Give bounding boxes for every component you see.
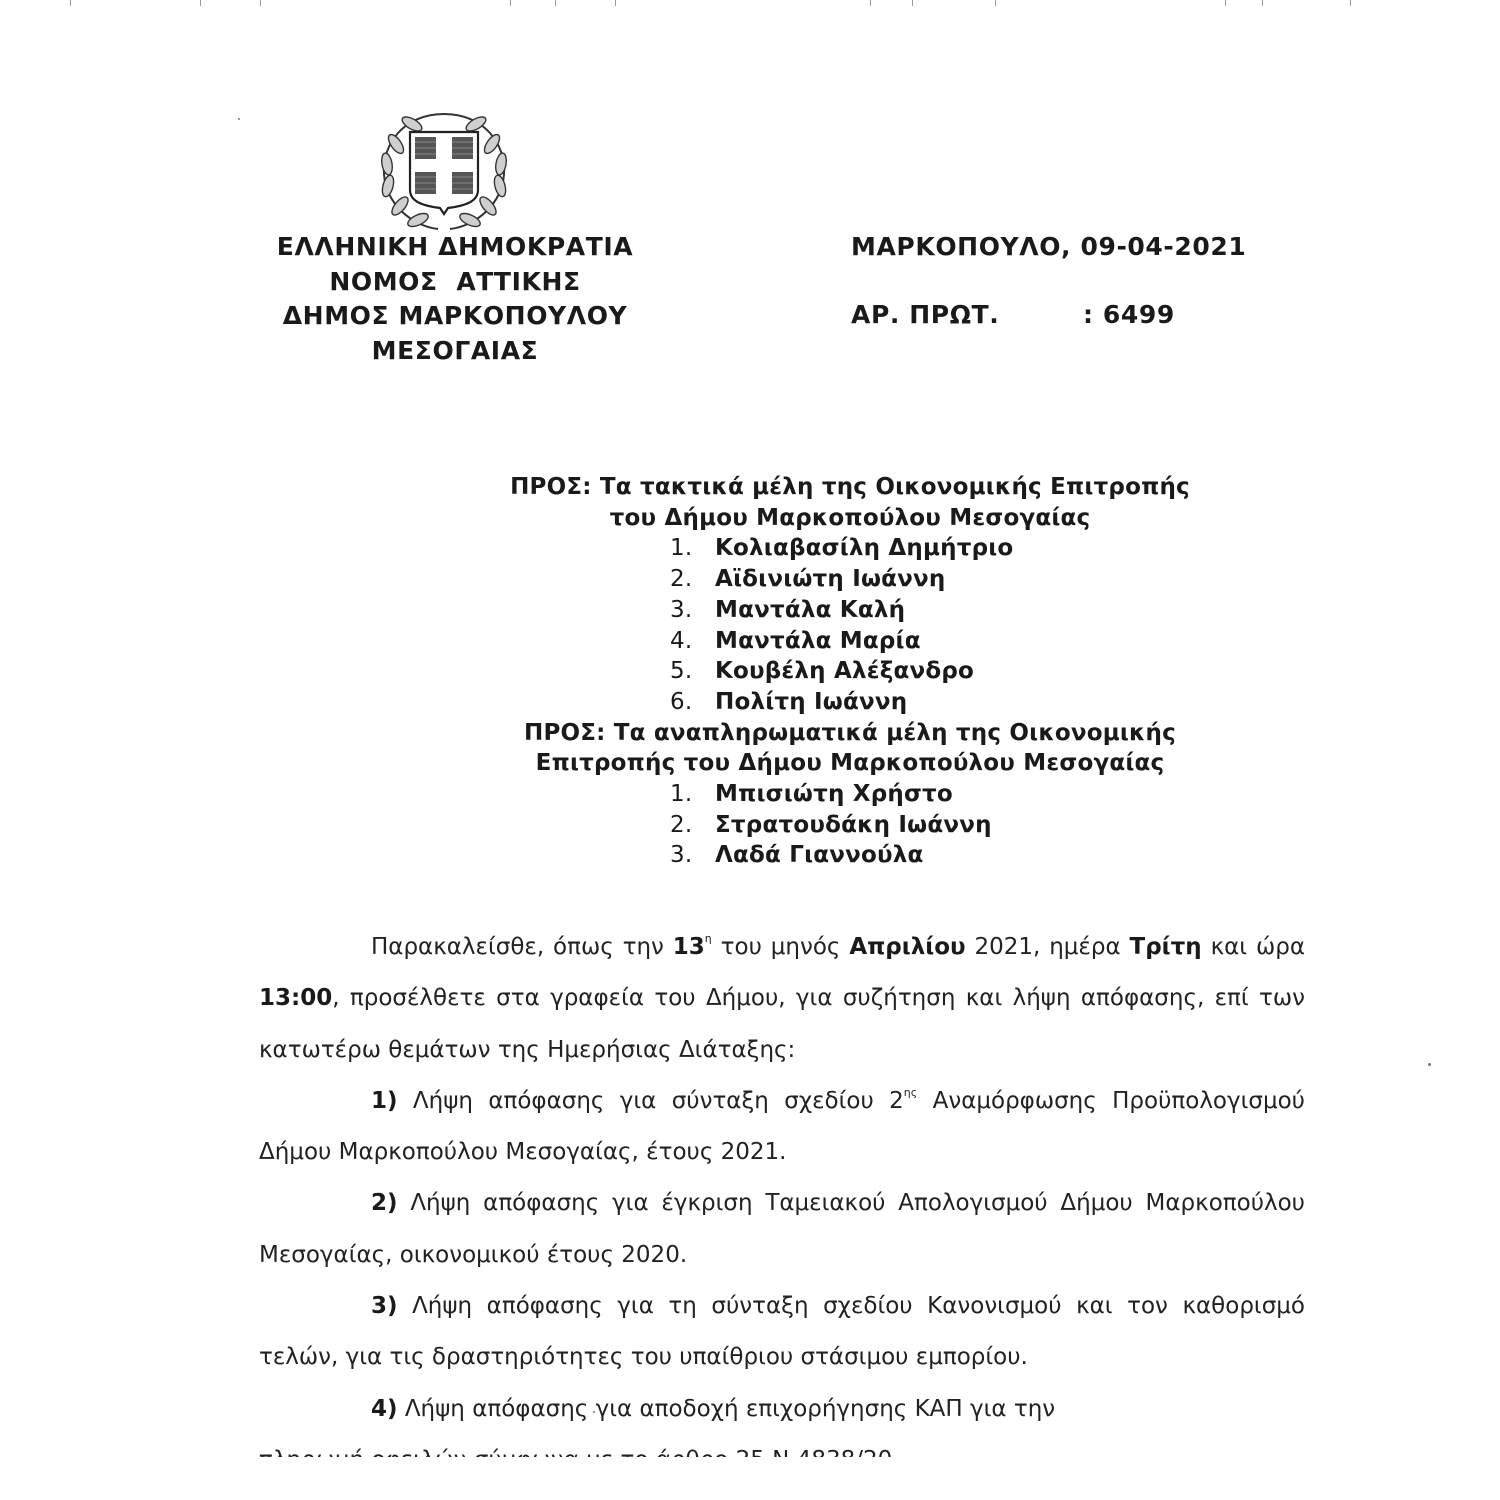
regular-members-list: 1.Κολιαβασίλη Δημήτριο 2.Αϊδινιώτη Ιωάνν… [470, 533, 1230, 717]
place-date: ΜΑΡΚΟΠΟΥΛΟ, 09-04-2021 [851, 230, 1246, 264]
list-item: 4.Μαντάλα Μαρία [470, 626, 1230, 657]
issuer-block: ΕΛΛΗΝΙΚΗ ΔΗΜΟΚΡΑΤΙΑ ΝΟΜΟΣ ΑΤΤΙΚΗΣ ΔΗΜΟΣ … [250, 230, 660, 368]
scan-speck [1428, 1063, 1431, 1066]
agenda-item-3: 3) Λήψη απόφασης για τη σύνταξη σχεδίου … [259, 1281, 1305, 1384]
recipients-block: ΠΡΟΣ: Τα τακτικά μέλη της Οικονομικής Επ… [470, 472, 1230, 871]
scan-speck [593, 1411, 595, 1413]
list-item: 6.Πολίτη Ιωάννη [470, 687, 1230, 718]
substitute-members-heading: ΠΡΟΣ: Τα αναπληρωματικά μέλη της Οικονομ… [470, 718, 1230, 749]
member-name: Λαδά Γιαννούλα [715, 842, 923, 868]
document-page: ΕΛΛΗΝΙΚΗ ΔΗΜΟΚΡΑΤΙΑ ΝΟΜΟΣ ΑΤΤΙΚΗΣ ΔΗΜΟΣ … [0, 0, 1500, 1500]
issuer-country: ΕΛΛΗΝΙΚΗ ΔΗΜΟΚΡΑΤΙΑ [250, 230, 660, 265]
substitute-members-heading-cont: Επιτροπής του Δήμου Μαρκοπούλου Μεσογαία… [470, 748, 1230, 779]
member-name: Μαντάλα Μαρία [715, 628, 921, 654]
regular-members-heading-cont: του Δήμου Μαρκοπούλου Μεσογαίας [470, 503, 1230, 534]
meeting-month: Απριλίου [849, 934, 965, 960]
meeting-weekday: Τρίτη [1130, 934, 1202, 960]
agenda-item-4: 4) Λήψη απόφασης για αποδοχή επιχορήγηση… [259, 1384, 1305, 1435]
scan-edge-marks [0, 0, 1500, 8]
invitation-body: Παρακαλείσθε, όπως την 13η του μηνός Απρ… [259, 922, 1305, 1457]
issuer-municipality: ΔΗΜΟΣ ΜΑΡΚΟΠΟΥΛΟΥ [250, 299, 660, 334]
issuer-region: ΜΕΣΟΓΑΙΑΣ [250, 334, 660, 369]
member-name: Κολιαβασίλη Δημήτριο [715, 535, 1013, 561]
agenda-item-1: 1) Λήψη απόφασης για σύνταξη σχεδίου 2ης… [259, 1076, 1305, 1179]
member-name: Μπισιώτη Χρήστο [715, 781, 953, 807]
member-name: Αϊδινιώτη Ιωάννη [715, 566, 945, 592]
protocol-label: ΑΡ. ΠΡΩΤ. [851, 298, 1083, 332]
member-name: Στρατουδάκη Ιωάννη [715, 812, 992, 838]
invitation-paragraph: Παρακαλείσθε, όπως την 13η του μηνός Απρ… [259, 922, 1305, 1076]
member-name: Μαντάλα Καλή [715, 597, 905, 623]
agenda-item-2: 2) Λήψη απόφασης για έγκριση Ταμειακού Α… [259, 1178, 1305, 1281]
member-name: Κουβέλη Αλέξανδρο [715, 658, 974, 684]
regular-members-heading: ΠΡΟΣ: Τα τακτικά μέλη της Οικονομικής Επ… [470, 472, 1230, 503]
meeting-day: 13 [673, 934, 705, 960]
greek-coat-of-arms-icon [374, 108, 514, 234]
issuer-prefecture: ΝΟΜΟΣ ΑΤΤΙΚΗΣ [250, 265, 660, 300]
reference-block: ΜΑΡΚΟΠΟΥΛΟ, 09-04-2021 ΑΡ. ΠΡΩΤ.: 6499 [851, 230, 1246, 332]
substitute-members-list: 1.Μπισιώτη Χρήστο 2.Στρατουδάκη Ιωάννη 3… [470, 779, 1230, 871]
agenda-item-4-continuation: πληρωμή οφειλών σύμφωνα με το άρθρο 25 Ν… [259, 1435, 1305, 1457]
list-item: 3.Λαδά Γιαννούλα [470, 840, 1230, 871]
scan-speck [238, 118, 240, 120]
meeting-time: 13:00 [259, 985, 332, 1011]
member-name: Πολίτη Ιωάννη [715, 689, 907, 715]
list-item: 1.Μπισιώτη Χρήστο [470, 779, 1230, 810]
list-item: 2.Στρατουδάκη Ιωάννη [470, 810, 1230, 841]
protocol-number: ΑΡ. ΠΡΩΤ.: 6499 [851, 298, 1246, 332]
list-item: 1.Κολιαβασίλη Δημήτριο [470, 533, 1230, 564]
list-item: 3.Μαντάλα Καλή [470, 595, 1230, 626]
list-item: 2.Αϊδινιώτη Ιωάννη [470, 564, 1230, 595]
list-item: 5.Κουβέλη Αλέξανδρο [470, 656, 1230, 687]
protocol-value: : 6499 [1083, 300, 1175, 329]
